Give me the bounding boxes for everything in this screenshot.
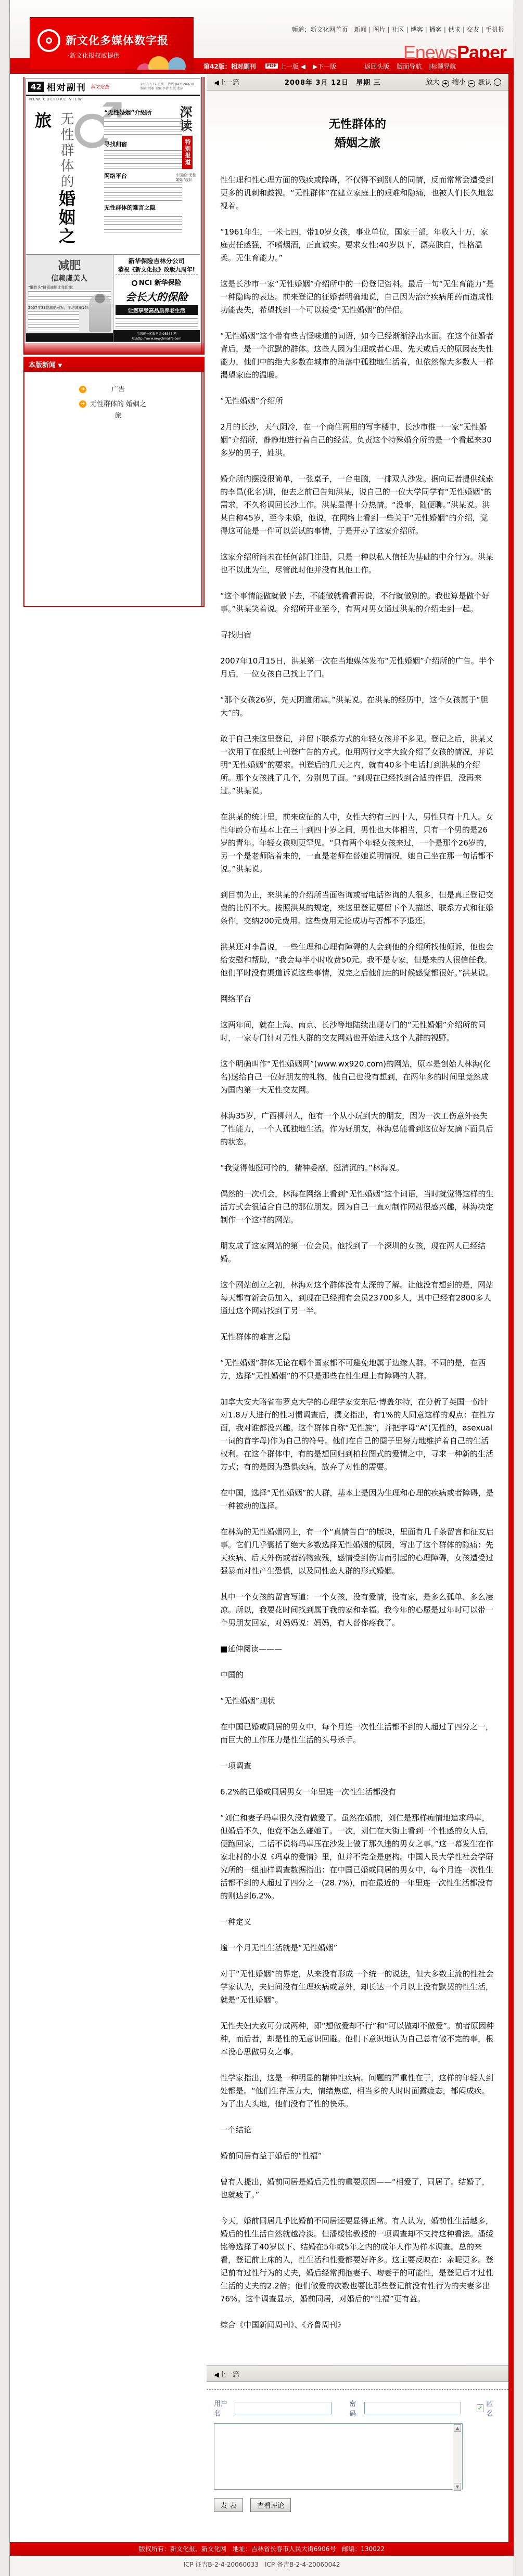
fake-text-lines — [104, 118, 182, 138]
channel-link[interactable]: 播客 — [429, 26, 442, 33]
section-news-header: 本版新闻 ▼ — [23, 357, 205, 372]
view-comments-button[interactable]: 查看评论 — [250, 2498, 291, 2512]
channel-link[interactable]: 博客 — [411, 26, 423, 33]
banner-decoration — [148, 56, 169, 70]
article-paragraph: 婚前同居有益于婚后的“性福” — [220, 2150, 495, 2163]
banner-decoration — [168, 57, 186, 70]
article-section-heading: 一种定义 — [220, 1916, 495, 1929]
channel-prefix: 频道： — [291, 26, 310, 33]
comment-buttons: 发 表 查看评论 — [214, 2498, 501, 2512]
separator: | — [369, 26, 371, 33]
insurance-ad: 新华保险吉林分公司 恭祝《新文化报》改版九周年! NCI 新华保险 会长大的保险… — [113, 255, 200, 342]
ad2-contact: 全国统一客服电话:95567 网址:http://www.newchinalif… — [113, 330, 200, 342]
sidebar-news-item[interactable]: ➔无性群体的 婚姻之旅 — [24, 399, 201, 422]
channel-link[interactable]: 图片 — [373, 26, 386, 33]
username-label: 用户名 — [214, 2398, 232, 2418]
thumb-body: ♂ 无性群体的婚姻之旅 “无性婚姻”介绍所寻找归宿网络平台无性群体的难言之隐 深… — [26, 103, 200, 255]
article-paragraph: 中国的 — [220, 1669, 495, 1682]
article-section-heading: ■延伸阅读——— — [220, 1643, 495, 1656]
comment-textarea-wrap: ▲ ▼ — [214, 2423, 463, 2492]
article-paragraph: “1961年生，一米七四，带10岁女孩，事业单位，国家干部，年收入十万，家庭责任… — [220, 226, 495, 265]
separator: | — [463, 26, 465, 33]
article-bottom-toolbar: ◀上一篇 — [207, 2365, 508, 2382]
footer-icp: ICP 证吉B-2-4-20060033 ICP 备吉B-2-4-2006004… — [10, 2556, 514, 2576]
separator: | — [425, 26, 427, 33]
separator: | — [388, 26, 390, 33]
prev-edition-link[interactable]: 上一版 ◀ — [280, 62, 305, 71]
sidebar-news-label: 广告 — [90, 384, 147, 396]
article-paragraph: 到目前为止，来洪某的介绍所当面咨询或者电话咨询的人很多，但是真正登记交费的比例不… — [220, 889, 495, 928]
submit-comment-button[interactable]: 发 表 — [214, 2498, 243, 2512]
article-paragraph: 性学家指出，这是一种明显的精神性疾病。问题的严重性在于，这样的年轻人到处都是。“… — [220, 2072, 495, 2111]
article-paragraph: 婚介所内摆设很简单，一张桌子，一台电脑，一排双人沙发。据向记者提供线索的李昌(化… — [220, 473, 495, 538]
article-toolbar: ◀上一篇 2008年 3月 12日 星期 三 放大 + 缩小 − 默认 — [207, 74, 508, 90]
separator: | — [350, 26, 352, 33]
article-section-heading: 无性群体的难言之隐 — [220, 1331, 495, 1344]
pdf-icon[interactable]: PDF — [265, 63, 278, 69]
article-section-heading: 网络平台 — [220, 993, 495, 1006]
sidebar: 42 相对副刊 新文化报 2008.3.12 星期三 热线:0431-96618… — [10, 74, 207, 607]
article-paragraph: “我觉得他挺可怜的，精神委靡，挺消沉的。”林海说。 — [220, 1162, 495, 1175]
fake-text-lines — [104, 181, 182, 202]
article-paragraph: 这个网站创立之初，林海对这个群体没有太深的了解。让他没有想到的是，网站每天都有新… — [220, 1279, 495, 1318]
anonymous-checkbox[interactable]: ✓ — [477, 2404, 483, 2412]
chevron-down-icon: ▼ — [58, 363, 62, 369]
article-paragraph: 偶然的一次机会，林海在网络上看到“无性婚姻”这个词语，当时就觉得这样的生活方式会… — [220, 1188, 495, 1227]
woman-photo — [89, 294, 111, 332]
thumb-deep-read-strip: 深读 特别报道 中国的“无性婚姻”现状 — [176, 106, 199, 183]
zoom-in-icon: + — [442, 80, 449, 87]
article-paragraph: 综合《中国新闻周刊》、《齐鲁周刊》 — [220, 2319, 495, 2332]
thumb-column-heading: 寻找归宿 — [104, 140, 182, 148]
anonymous-label: 匿名 — [486, 2398, 498, 2418]
ad1-subheadline: 信赖虞美人 — [28, 273, 111, 283]
thumb-ads-row: 减肥 信赖虞美人 “懒骨头”排毒减肥让我们能： 2007年33位减肥冠军，平均减… — [26, 254, 200, 342]
newspaper-page-thumbnail[interactable]: 42 相对副刊 新文化报 2008.3.12 星期三 热线:0431-96618… — [23, 77, 205, 343]
article-paragraph: 朋友成了这家网站的第一位会员。他找到了一个深圳的女孩，现在两人已经结婚。 — [220, 1240, 495, 1266]
thumb-columns: “无性婚姻”介绍所寻找归宿网络平台无性群体的难言之隐 — [104, 107, 182, 235]
masthead-banner[interactable]: 新文化多媒体数字报 ·新文化报权威提供 — [30, 17, 194, 70]
article-paragraph: 其中一个女孩的留言写道：一个女孩，没有爱情，没有家，是多么孤单、多么凄凉。所以，… — [220, 1591, 495, 1630]
arrow-icon: ➔ — [79, 400, 86, 408]
channel-links: 频道：新文化网首页|新闻|图片|社区|博客|播客|供求|交友|手机报 — [291, 25, 504, 34]
arrow-icon: ➔ — [79, 386, 86, 393]
scroll-up-icon[interactable]: ▲ — [454, 2424, 461, 2432]
fake-text-lines — [116, 317, 198, 331]
article-paragraph: 在洪某的统计里，前来应征的人中，女性大约有三四十人，男性只有十几人。女性年龄分布… — [220, 811, 495, 876]
article-paragraph: 加拿大安大略省布罗克大学的心理学家安东尼·博盖尔特，在分析了英国一份针对1.8万… — [220, 1396, 495, 1474]
ad2-slogan: 会长大的保险 — [116, 289, 198, 304]
article-paragraph: 洪某还对李昌说，一些生理和心理有障碍的人会到他的介绍所找他倾诉，他也会给安慰和帮… — [220, 941, 495, 980]
article-title: 无性群体的 婚姻之旅 — [220, 115, 495, 153]
article: 无性群体的 婚姻之旅 性生理和性心理方面的残疾或障碍，不仅得不到别人的同情，反而… — [207, 90, 508, 2360]
footer-copyright: 版权所有：新文化报、新文化网 地址：吉林省长春市人民大街6906号 邮编：130… — [10, 2542, 514, 2556]
thumb-column-heading: “无性婚姻”介绍所 — [104, 108, 182, 116]
nci-logo: NCI 新华保险 — [116, 277, 198, 287]
issue-date: 2008年 3月 12日 星期 三 — [239, 77, 426, 87]
thumb-mini-headline: 中国的“无性婚姻”现状 — [176, 173, 199, 183]
article-section-heading: 一个结论 — [220, 2124, 495, 2137]
article-paragraph: 今天，婚前同居几乎比婚前不同居还要显得正常。有人认为，婚前性生活越多，婚后的性生… — [220, 2215, 495, 2306]
page: 新文化多媒体数字报 ·新文化报权威提供 频道：新文化网首页|新闻|图片|社区|博… — [9, 0, 514, 2576]
article-paragraph: 在林海的无性婚姻网上，有一个“真情告白”的版块，里面有几千条留言和征友启事。它们… — [220, 1526, 495, 1578]
thumb-headline: 无性群体的婚姻之旅 — [30, 112, 78, 255]
page-news-list: ➔广告➔无性群体的 婚姻之旅 — [23, 372, 205, 607]
ad2-company: 新华保险吉林分公司 — [116, 256, 198, 265]
newspaper-page-image: 42 相对副刊 新文化报 2008.3.12 星期三 热线:0431-96618… — [25, 78, 200, 342]
comment-textarea[interactable] — [214, 2423, 463, 2490]
fake-text-lines — [104, 213, 182, 233]
next-edition-link[interactable]: ▶下一版 — [313, 62, 336, 71]
article-paragraph: 逾一个月无性生活就是“无性婚姻” — [220, 1942, 495, 1955]
thumb-paper-name: 新文化报 — [91, 83, 109, 90]
banner-title: 新文化多媒体数字报 — [66, 32, 169, 48]
article-paragraph: 性生理和性心理方面的残疾或障碍，不仅得不到别人的同情，反而常常会遭受到更多的讥刺… — [220, 174, 495, 213]
article-paragraph: “无性婚姻”这个带有些古怪味道的词语，如今已经渐渐浮出水面。在这个征婚者背后，是… — [220, 330, 495, 382]
ad2-banner: 让您享受高品质养老生活 — [116, 305, 198, 315]
channel-link[interactable]: 供求 — [448, 26, 461, 33]
article-paragraph: 2月的长沙，天气阴冷，在一个商住两用的写字楼中，长沙市惟一一家“无性婚姻”介绍所… — [220, 421, 495, 460]
article-paragraph: “无性婚姻”群体无论在哪个国家都不可避免地属于边缘人群。不同的是，在西方，选择“… — [220, 1357, 495, 1383]
thumb-page-number: 42 — [28, 82, 44, 92]
thumb-column-heading: 网络平台 — [104, 172, 182, 180]
article-paragraph: 在中国已婚或同居的男女中，每个月连一次性生活都不到的人超过了四分之一，而巨大的工… — [220, 1721, 495, 1747]
article-paragraph: 在中国，选择“无性婚姻”的人群，基本上是因为生理和心理的疾病或者障碍，是一种被动… — [220, 1487, 495, 1513]
channel-link[interactable]: 新闻 — [354, 26, 367, 33]
article-paragraph: 林海35岁，广西柳州人，他有一个从小玩到大的朋友，因为一次工伤意外丧失了性能力，… — [220, 1110, 495, 1149]
article-body: 性生理和性心理方面的残疾或障碍，不仅得不到别人的同情，反而常常会遭受到更多的讥刺… — [220, 174, 495, 2332]
article-paragraph: “这个事情能做就做下去，不能做就看看再说，不行就做别的。我也算是做个好事。”洪某… — [220, 590, 495, 616]
ad1-text: “懒骨头”排毒减肥让我们能： — [28, 285, 111, 290]
prev-article-button[interactable]: ◀上一篇 — [214, 2369, 239, 2379]
thumbnail-gradient-strip — [23, 343, 205, 355]
back-to-front-link[interactable]: 返回头版 — [364, 62, 389, 71]
article-paragraph: 6.2%的已婚或同居男女一年里连一次性生活都没有 — [220, 1786, 495, 1799]
separator: | — [406, 26, 409, 33]
fake-text-lines — [104, 149, 182, 170]
banner-subtitle: ·新文化报权威提供 — [68, 51, 120, 60]
zoom-default-button[interactable]: 默认 — [478, 77, 501, 87]
xinwenhua-logo-icon — [37, 29, 60, 52]
separator: | — [444, 26, 446, 33]
article-paragraph: “刘仁和妻子玛卓很久没有做爱了。虽然在婚前，刘仁是那样痴情地追求玛卓，但婚后不久… — [220, 1812, 495, 1903]
thumb-page-info: 2008.3.12 星期三 热线:0431-96618 编辑:刘丽 美编:李倩 … — [141, 83, 198, 91]
zoom-controls: 放大 + 缩小 − 默认 — [426, 76, 501, 87]
ad2-greeting: 恭祝《新文化报》改版九周年! — [116, 265, 198, 275]
zoom-in-button[interactable]: 放大 + — [426, 76, 449, 87]
scroll-down-icon[interactable]: ▼ — [454, 2483, 461, 2491]
article-paragraph: 无性夫妇大致可分成两种，即“想做爱却不行”和“可以做却不做爱”。前者原因种种，而… — [220, 2020, 495, 2059]
channel-link[interactable]: 手机报 — [486, 26, 504, 33]
article-paragraph: 这家介绍所尚未在任何部门注册，只是一种以私人信任为基础的中介行为。洪某也不以此为… — [220, 551, 495, 577]
article-paragraph: 这是长沙市一家“无性婚姻”介绍所中的一份登记资料。最后一句“无生育能力”是一种隐… — [220, 278, 495, 317]
article-paragraph: “无性婚姻”现状 — [220, 1695, 495, 1708]
channel-link[interactable]: 交友 — [467, 26, 479, 33]
main-column: ◀上一篇 2008年 3月 12日 星期 三 放大 + 缩小 − 默认 无性群体… — [207, 74, 514, 2542]
fake-text-lines — [28, 310, 79, 331]
article-section-heading: “无性婚姻”介绍所 — [220, 395, 495, 408]
article-paragraph: 曾有人提出，婚前同居是婚后无性的重要原因——“相爱了，同居了。结婚了，也就疲了。… — [220, 2176, 495, 2202]
username-input[interactable] — [235, 2402, 331, 2414]
article-paragraph: “那个女孩26岁，先天阴道闭塞。”洪某说。在洪某的经历中，这个女孩属于“胆大”的… — [220, 694, 495, 720]
zoom-out-icon: − — [468, 80, 475, 87]
article-section-heading: 一项调查 — [220, 1760, 495, 1773]
article-paragraph: 这个明确叫作“无性婚姻网”(www.wx920.com)的网站，原本是创始人林海… — [220, 1058, 495, 1097]
article-section-heading: 寻找归宿 — [220, 629, 495, 642]
ad1-footer-bar — [26, 333, 113, 342]
zoom-out-button[interactable]: 缩小 − — [452, 76, 475, 87]
article-paragraph: 敢于自己来这里登记，并留下联系方式的年轻女孩并不多见。登记之后，洪某又一次用了在… — [220, 733, 495, 798]
separator: | — [481, 26, 483, 33]
enewspaper-logo: EnewsPaper — [403, 42, 506, 63]
sidebar-news-label: 无性群体的 婚姻之旅 — [90, 399, 147, 422]
password-input[interactable] — [364, 2402, 461, 2414]
article-paragraph: 2007年10月15日，洪某第一次在当地媒体发布“无性婚姻”介绍所的广告。半个月… — [220, 655, 495, 681]
deep-read-label: 深读 — [176, 106, 194, 133]
ad1-headline: 减肥 — [28, 257, 111, 273]
channel-link[interactable]: 社区 — [392, 26, 404, 33]
password-label: 密码 — [349, 2398, 361, 2418]
spacer — [207, 2517, 508, 2542]
textarea-scrollbar[interactable]: ▲ ▼ — [453, 2424, 462, 2491]
sidebar-news-item[interactable]: ➔广告 — [24, 384, 201, 396]
prev-article-button[interactable]: ◀上一篇 — [214, 77, 239, 87]
article-paragraph: 对于“无性婚姻”的界定，从来没有形成一个统一的说法，但大多数主流的性社会学家认为… — [220, 1968, 495, 2007]
edition-label: 第42版：相对副刊 — [203, 62, 256, 71]
article-paragraph: 这两年间，就在上海、南京、长沙等地陆续出现专门的“无性婚姻”介绍所的同时，一家专… — [220, 1019, 495, 1045]
special-report-badge: 特别报道 — [182, 136, 193, 169]
comment-credentials-row: 用户名 密码 ✓ 匿名 — [214, 2398, 501, 2418]
site-header: 新文化多媒体数字报 ·新文化报权威提供 频道：新文化网首页|新闻|图片|社区|博… — [10, 0, 514, 58]
weight-loss-ad: 减肥 信赖虞美人 “懒骨头”排毒减肥让我们能： 2007年33位减肥冠军，平均减… — [26, 255, 113, 342]
channel-link[interactable]: 新文化网首页 — [310, 26, 348, 33]
comment-form: 用户名 密码 ✓ 匿名 ▲ ▼ 发 表 查看评论 — [207, 2389, 508, 2517]
thumb-column-heading: 无性群体的难言之隐 — [104, 203, 182, 212]
zoom-default-icon — [494, 79, 501, 86]
